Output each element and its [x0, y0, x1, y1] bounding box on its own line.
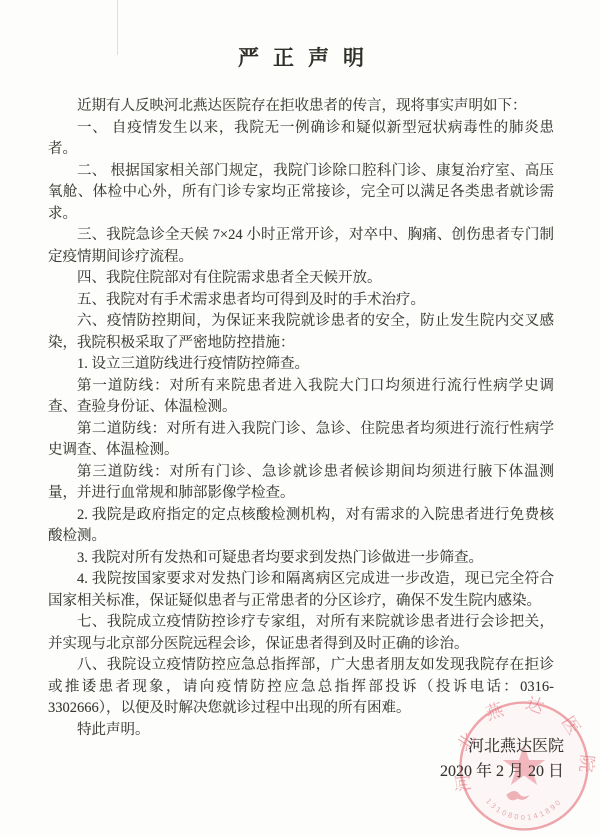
signature-date: 2020 年 2 月 20 日 — [440, 760, 564, 783]
signature-block: 河北燕达医院 2020 年 2 月 20 日 — [440, 735, 564, 783]
statement-paragraph: 四、我院住院部对有住院需求患者全天候开放。 — [48, 268, 554, 290]
scan-artifact-line — [117, 0, 118, 55]
statement-paragraph: 3. 我院对所有发热和可疑患者均要求到发热门诊做进一步筛查。 — [48, 548, 554, 570]
intro-paragraph: 近期有人反映河北燕达医院存在拒收患者的传言，现将事实声明如下： — [48, 96, 554, 118]
statement-paragraph: 一、 自疫情发生以来，我院无一例确诊和疑似新型冠状病毒性的肺炎患者。 — [48, 118, 554, 161]
document-body: 近期有人反映河北燕达医院存在拒收患者的传言，现将事实声明如下： 一、 自疫情发生… — [48, 96, 554, 741]
statement-paragraph: 第二道防线：对所有进入我院门诊、急诊、住院患者均须进行流行性病学史调查、体温检测… — [48, 419, 554, 462]
statement-document: 严正声明 近期有人反映河北燕达医院存在拒收患者的传言，现将事实声明如下： 一、 … — [0, 0, 600, 836]
document-title: 严正声明 — [48, 42, 554, 72]
statement-paragraph: 1. 设立三道防线进行疫情防控筛查。 — [48, 354, 554, 376]
statement-paragraph: 2. 我院是政府指定的定点核酸检测机构，对有需求的入院患者进行免费核酸检测。 — [48, 505, 554, 548]
statement-paragraph: 第一道防线：对所有来院患者进入我院大门口均须进行流行性病学史调查、查验身份证、体… — [48, 376, 554, 419]
statement-paragraph: 七、我院成立疫情防控诊疗专家组，对所有来院就诊患者进行会诊把关，并实现与北京部分… — [48, 612, 554, 655]
statement-paragraph: 五、我院对有手术需求患者均可得到及时的手术治疗。 — [48, 290, 554, 312]
statement-paragraph: 第三道防线：对所有门诊、急诊就诊患者候诊期间均须进行腋下体温测量，并进行血常规和… — [48, 462, 554, 505]
statement-paragraph: 4. 我院按国家要求对发热门诊和隔离病区完成进一步改造，现已完全符合国家相关标准… — [48, 569, 554, 612]
signature-org: 河北燕达医院 — [440, 735, 564, 758]
statement-paragraph: 二、 根据国家相关部门规定，我院门诊除口腔科门诊、康复治疗室、高压氧舱、体检中心… — [48, 161, 554, 226]
statement-paragraph: 六、疫情防控期间，为保证来我院就诊患者的安全，防止发生院内交叉感染，我院积极采取… — [48, 311, 554, 354]
statement-paragraph: 三、我院急诊全天候 7×24 小时正常开诊，对卒中、胸痛、创伤患者专门制定疫情期… — [48, 225, 554, 268]
